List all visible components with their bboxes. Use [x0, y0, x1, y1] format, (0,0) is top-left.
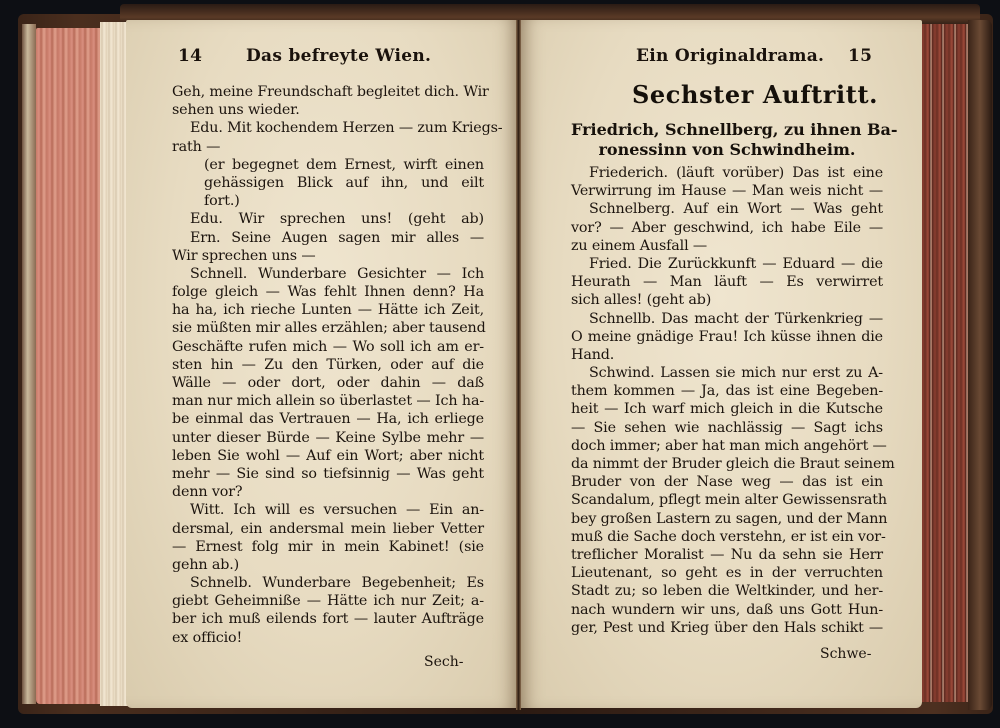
text-line: zu einem Ausfall —: [571, 237, 883, 255]
text-line: leben Sie wohl — Auf ein Wort; aber nich…: [172, 447, 484, 465]
page-number-right: 15: [848, 46, 872, 66]
text-line: giebt Geheimniße — Hätte ich nur Zeit; a…: [172, 592, 484, 610]
running-title-left: Das befreyte Wien.: [246, 46, 431, 66]
text-line: Verwirrung im Hause — Man weis nicht —: [571, 182, 883, 200]
text-line: Lieutenant, so geht es in der verruchten: [571, 564, 883, 582]
catchword-left: Sech-: [424, 654, 463, 670]
text-line: be einmal das Vertrauen — Ha, ich erlieg…: [172, 410, 484, 428]
text-line: Scandalum, pflegt mein alter Gewissensra…: [571, 491, 883, 509]
text-line: folge gleich — Was fehlt Ihnen denn? Ha: [172, 283, 484, 301]
text-line: Schnelb. Wunderbare Begebenheit; Es: [172, 574, 484, 592]
text-line: heit — Ich warf mich gleich in die Kutsc…: [571, 400, 883, 418]
scene-heading: Sechster Auftritt.: [632, 80, 878, 109]
cast-line: Friedrich, Schnellberg, zu ihnen Ba-: [571, 120, 883, 140]
book-right-board-edge: [968, 20, 992, 710]
text-line: Fried. Die Zurückkunft — Eduard — die: [571, 255, 883, 273]
left-page-body: Geh, meine Freundschaft begleitet dich. …: [172, 83, 484, 647]
text-line: bey großen Lastern zu sagen, und der Man…: [571, 510, 883, 528]
stage-direction-line: gehässigen Blick auf ihn, und eilt: [172, 174, 484, 192]
text-line: doch immer; aber hat man mich angehört —: [571, 437, 883, 455]
red-page-edges-left: [36, 28, 106, 704]
text-line: Edu. Wir sprechen uns! (geht ab): [172, 210, 484, 228]
red-page-edges-right: [920, 24, 968, 702]
text-line: rath —: [172, 138, 484, 156]
text-line: Wälle — oder dort, oder dahin — daß: [172, 374, 484, 392]
text-line: Schnellb. Das macht der Türkenkrieg —: [571, 310, 883, 328]
text-line: sten hin — Zu den Türken, oder auf die: [172, 356, 484, 374]
text-line: muß die Sache doch verstehn, er ist ein …: [571, 528, 883, 546]
text-line: Hand.: [571, 346, 883, 364]
text-line: them kommen — Ja, das ist eine Begeben-: [571, 382, 883, 400]
text-line: dersmal, ein andersmal mein lieber Vette…: [172, 520, 484, 538]
text-line: Edu. Mit kochendem Herzen — zum Kriegs-: [172, 119, 484, 137]
text-line: — Ernest folg mir in mein Kabinet! (sie: [172, 538, 484, 556]
text-line: ger, Pest und Krieg über den Hals schikt…: [571, 619, 883, 637]
right-page-body: Friederich. (läuft vorüber) Das ist eine…: [571, 164, 883, 637]
text-line: da nimmt der Bruder gleich die Braut sei…: [571, 455, 883, 473]
running-title-right: Ein Originaldrama.: [636, 46, 824, 66]
text-line: man nur mich allein so überlastet — Ich …: [172, 392, 484, 410]
cast-line: ronessinn von Schwindheim.: [571, 140, 883, 160]
text-line: vor? — Aber geschwind, ich habe Eile —: [571, 219, 883, 237]
text-line: nach wundern wir uns, daß uns Gott Hun-: [571, 601, 883, 619]
stage-direction-line: (er begegnet dem Ernest, wirft einen: [172, 156, 484, 174]
text-line: gehn ab.): [172, 556, 484, 574]
text-line: Schnelberg. Auf ein Wort — Was geht: [571, 200, 883, 218]
text-line: Bruder von der Nase weg — das ist ein: [571, 473, 883, 491]
text-line: ha ha, ich rieche Lunten — Hätte ich Zei…: [172, 301, 484, 319]
text-line: O meine gnädige Frau! Ich küsse ihnen di…: [571, 328, 883, 346]
text-line: sehen uns wieder.: [172, 101, 484, 119]
text-line: sich alles! (geht ab): [571, 291, 883, 309]
text-line: Ern. Seine Augen sagen mir alles —: [172, 229, 484, 247]
page-number-left: 14: [178, 46, 202, 66]
catchword-right: Schwe-: [820, 646, 871, 662]
text-line: Wir sprechen uns —: [172, 247, 484, 265]
text-line: Geh, meine Freundschaft begleitet dich. …: [172, 83, 484, 101]
text-line: Schnell. Wunderbare Gesichter — Ich: [172, 265, 484, 283]
cast-list: Friedrich, Schnellberg, zu ihnen Ba- ron…: [571, 120, 883, 160]
text-line: Friederich. (läuft vorüber) Das ist eine: [571, 164, 883, 182]
text-line: unter dieser Bürde — Keine Sylbe mehr —: [172, 429, 484, 447]
text-line: Witt. Ich will es versuchen — Ein an-: [172, 501, 484, 519]
text-line: treflicher Moralist — Nu da sehn sie Her…: [571, 546, 883, 564]
stage-direction-line: fort.): [172, 192, 484, 210]
book-gutter: [516, 20, 521, 710]
text-line: Geschäfte rufen mich — Wo soll ich am er…: [172, 338, 484, 356]
text-line: denn vor?: [172, 483, 484, 501]
text-line: Schwind. Lassen sie mich nur erst zu A-: [571, 364, 883, 382]
book-left-board-edge: [22, 24, 36, 704]
text-line: Stadt zu; so leben die Weltkinder, und h…: [571, 582, 883, 600]
text-line: — Sie sehen wie nachlässig — Sagt ichs: [571, 419, 883, 437]
text-line: sie müßten mir alles erzählen; aber taus…: [172, 319, 484, 337]
text-line: ber ich muß eilends fort — lauter Aufträ…: [172, 610, 484, 628]
text-line: Heurath — Man läuft — Es verwirret: [571, 273, 883, 291]
text-line: mehr — Sie sind so tiefsinnig — Was geht: [172, 465, 484, 483]
text-line: ex officio!: [172, 629, 484, 647]
